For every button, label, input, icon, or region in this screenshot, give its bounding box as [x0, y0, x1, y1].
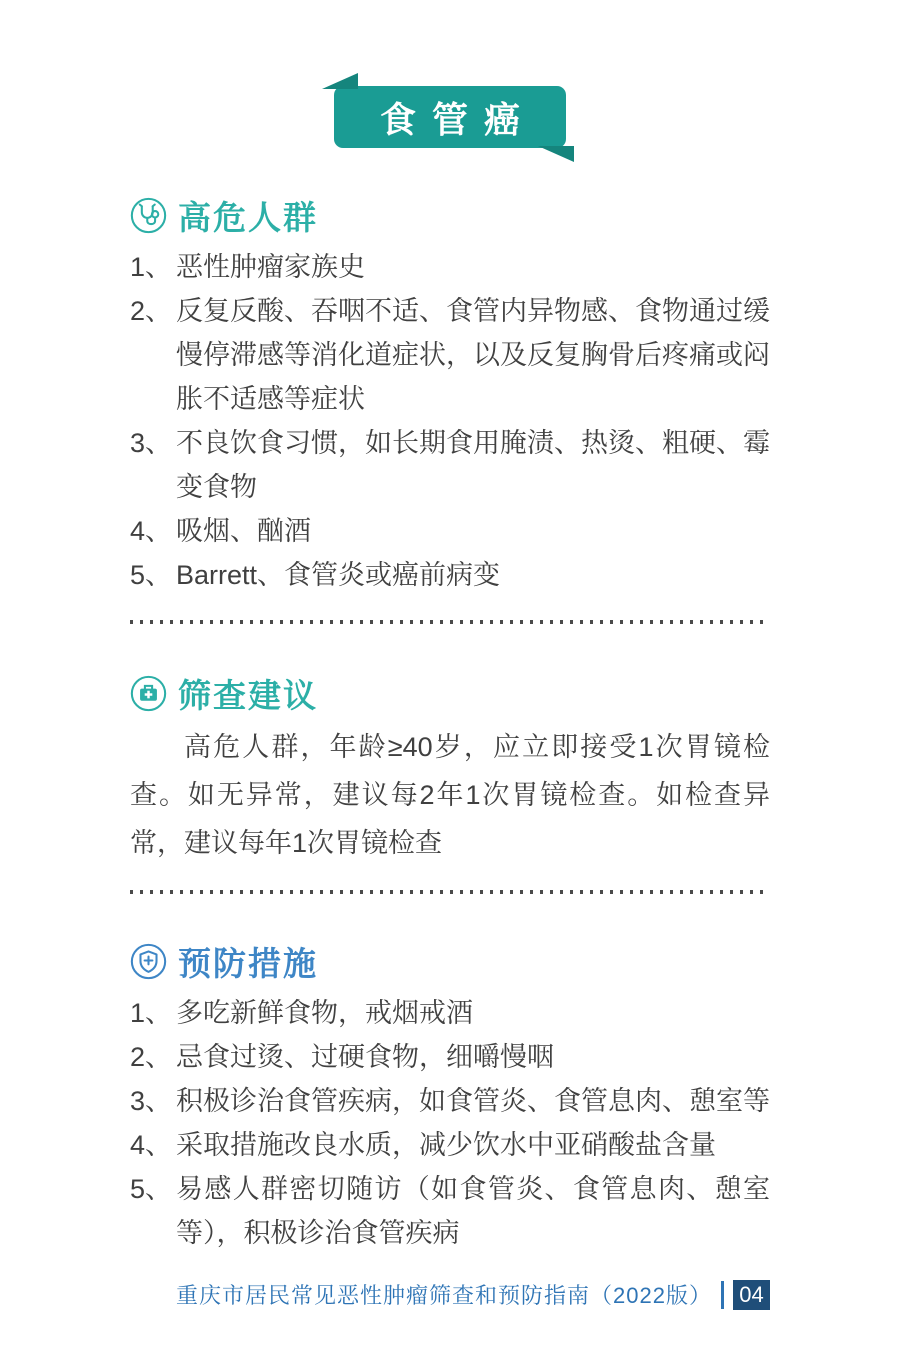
list-item: 2、 忌食过烫、过硬食物，细嚼慢咽 — [130, 1035, 770, 1079]
dotted-divider — [130, 620, 770, 624]
high-risk-list: 1、 恶性肿瘤家族史 2、 反复反酸、吞咽不适、食管内异物感、食物通过缓慢停滞感… — [130, 245, 770, 597]
screening-paragraph: 高危人群，年龄≥40岁，应立即接受1次胃镜检查。如无异常，建议每2年1次胃镜检查… — [130, 723, 770, 867]
list-item-number: 1、 — [130, 991, 176, 1035]
list-item-text: 忌食过烫、过硬食物，细嚼慢咽 — [176, 1035, 770, 1079]
prevention-list: 1、 多吃新鲜食物，戒烟戒酒 2、 忌食过烫、过硬食物，细嚼慢咽 3、 积极诊治… — [130, 991, 770, 1255]
list-item-number: 3、 — [130, 1079, 176, 1123]
section-title: 预防措施 — [178, 938, 318, 985]
dotted-divider — [130, 890, 770, 894]
page-title: 食管癌 — [364, 92, 536, 143]
list-item: 2、 反复反酸、吞咽不适、食管内异物感、食物通过缓慢停滞感等消化道症状，以及反复… — [130, 289, 770, 421]
section-title: 高危人群 — [178, 192, 318, 239]
list-item-text: 多吃新鲜食物，戒烟戒酒 — [176, 991, 770, 1035]
ribbon-fold-bottom-right — [538, 146, 574, 162]
title-banner: 食管癌 — [334, 86, 566, 148]
list-item-text: 反复反酸、吞咽不适、食管内异物感、食物通过缓慢停滞感等消化道症状，以及反复胸骨后… — [176, 289, 770, 421]
list-item-number: 5、 — [130, 553, 176, 597]
section-high-risk-header: 高危人群 — [130, 192, 770, 239]
list-item: 5、 易感人群密切随访（如食管炎、食管息肉、憩室等），积极诊治食管疾病 — [130, 1167, 770, 1255]
list-item: 4、 采取措施改良水质，减少饮水中亚硝酸盐含量 — [130, 1123, 770, 1167]
section-title: 筛查建议 — [178, 670, 318, 717]
first-aid-kit-icon — [130, 675, 167, 712]
ribbon-fold-top-left — [322, 73, 358, 89]
page-content: 高危人群 1、 恶性肿瘤家族史 2、 反复反酸、吞咽不适、食管内异物感、食物通过… — [0, 192, 900, 1310]
list-item: 1、 多吃新鲜食物，戒烟戒酒 — [130, 991, 770, 1035]
footer-separator — [721, 1281, 724, 1309]
list-item: 1、 恶性肿瘤家族史 — [130, 245, 770, 289]
page-footer: 重庆市居民常见恶性肿瘤筛查和预防指南（2022版） 04 — [130, 1279, 770, 1310]
section-prevention-header: 预防措施 — [130, 938, 770, 985]
list-item-text: 积极诊治食管疾病，如食管炎、食管息肉、憩室等 — [176, 1079, 770, 1123]
shield-cross-icon — [130, 943, 167, 980]
list-item: 4、 吸烟、酗酒 — [130, 509, 770, 553]
list-item-text: 吸烟、酗酒 — [176, 509, 770, 553]
list-item-number: 2、 — [130, 1035, 176, 1079]
list-item-number: 2、 — [130, 289, 176, 421]
list-item-text: 采取措施改良水质，减少饮水中亚硝酸盐含量 — [176, 1123, 770, 1167]
footer-guide-title: 重庆市居民常见恶性肿瘤筛查和预防指南（2022版） — [176, 1279, 712, 1310]
list-item: 3、 不良饮食习惯，如长期食用腌渍、热烫、粗硬、霉变食物 — [130, 421, 770, 509]
list-item-number: 1、 — [130, 245, 176, 289]
list-item-text: 恶性肿瘤家族史 — [176, 245, 770, 289]
list-item-text: Barrett、食管炎或癌前病变 — [176, 553, 770, 597]
document-page: 食管癌 高危人群 1、 恶性肿瘤家族史 2、 反复反酸、吞咽不适、食管内异物感、… — [0, 0, 900, 1349]
list-item-number: 4、 — [130, 509, 176, 553]
list-item-text: 不良饮食习惯，如长期食用腌渍、热烫、粗硬、霉变食物 — [176, 421, 770, 509]
list-item-number: 4、 — [130, 1123, 176, 1167]
stethoscope-icon — [130, 197, 167, 234]
list-item-number: 5、 — [130, 1167, 176, 1255]
list-item-number: 3、 — [130, 421, 176, 509]
list-item: 5、 Barrett、食管炎或癌前病变 — [130, 553, 770, 597]
list-item-text: 易感人群密切随访（如食管炎、食管息肉、憩室等），积极诊治食管疾病 — [176, 1167, 770, 1255]
list-item: 3、 积极诊治食管疾病，如食管炎、食管息肉、憩室等 — [130, 1079, 770, 1123]
page-number-badge: 04 — [733, 1280, 770, 1310]
section-screening-header: 筛查建议 — [130, 670, 770, 717]
